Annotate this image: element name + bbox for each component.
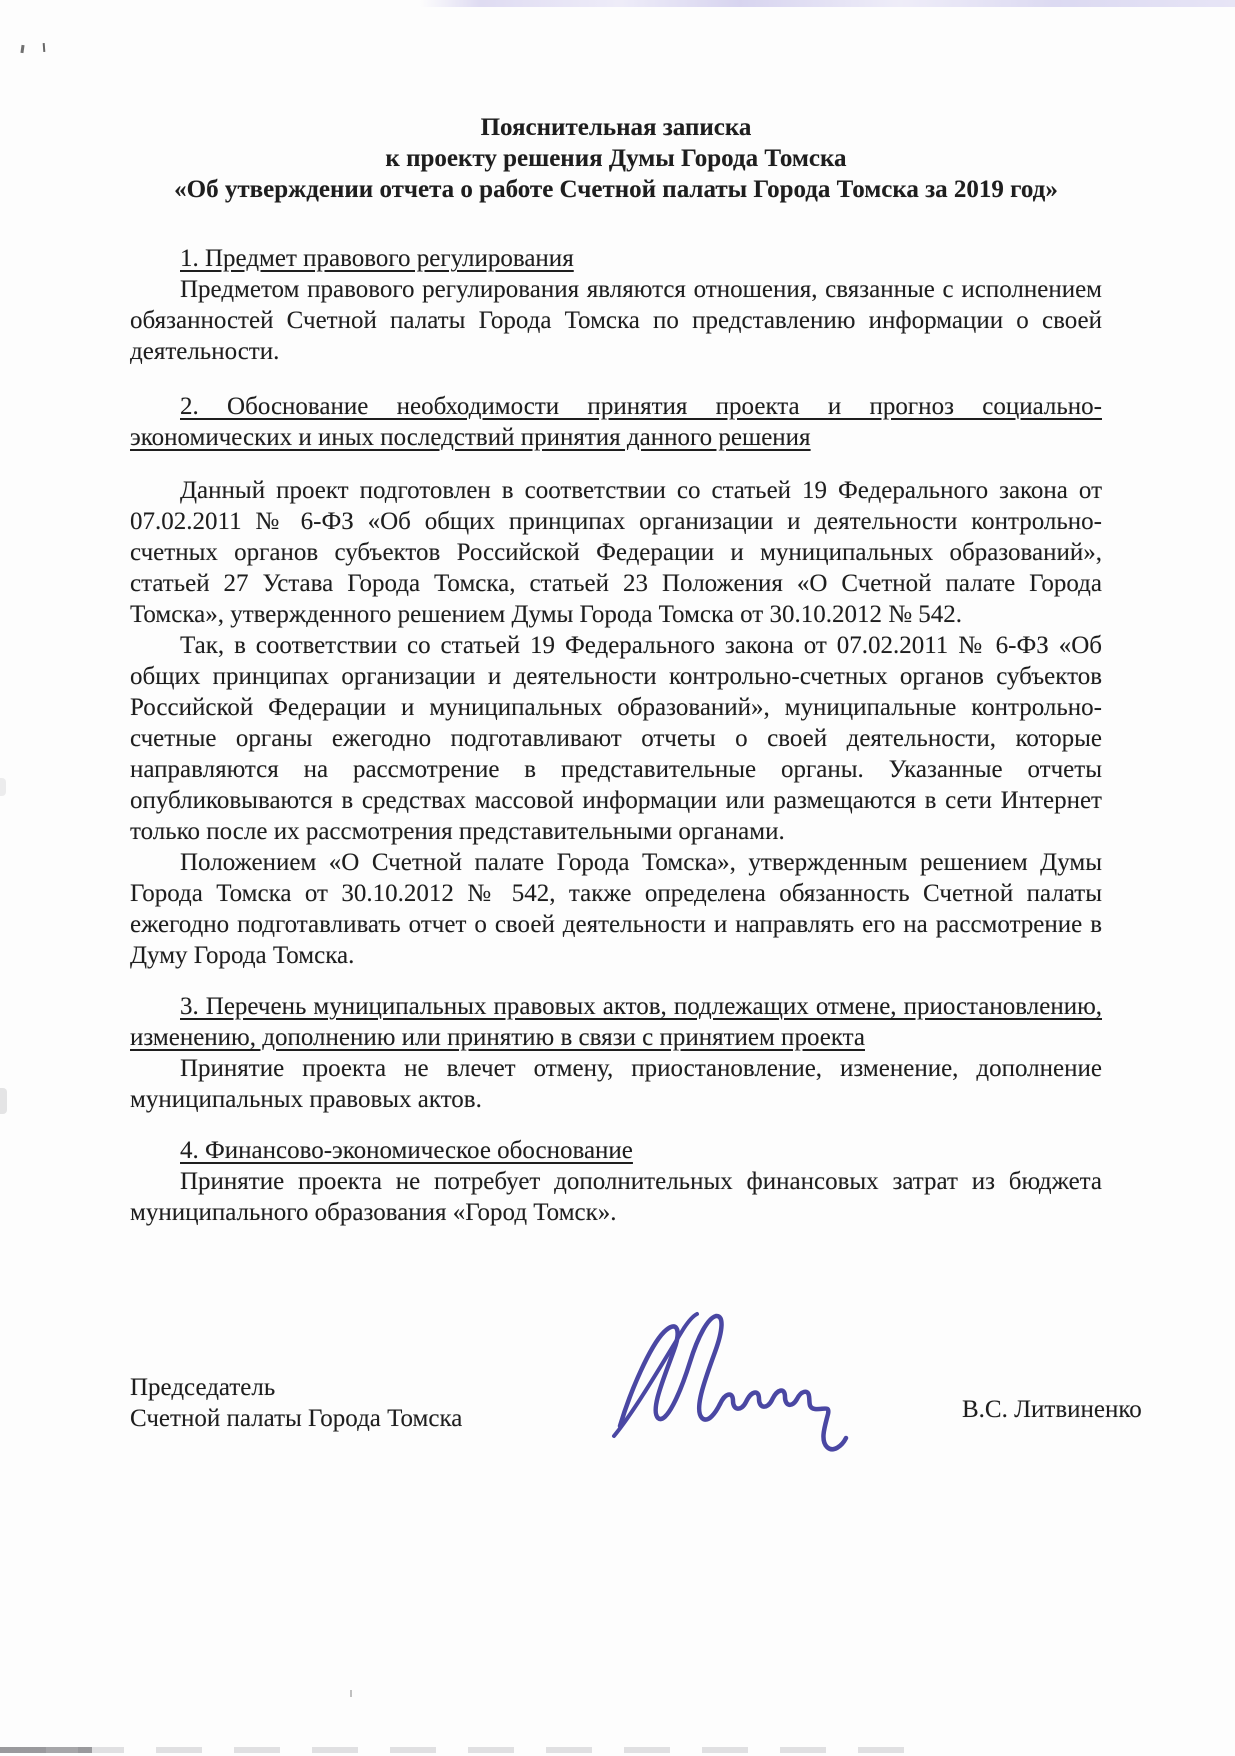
title-line-3: «Об утверждении отчета о работе Счетной … [130,174,1102,205]
scan-artifact-speck [20,45,24,53]
section-1-heading: 1. Предмет правового регулирования [130,243,1102,274]
scan-artifact-speck [43,43,46,52]
section-1-paragraph: Предметом правового регулирования являют… [130,274,1102,367]
section-2-heading-line-2: экономических и иных последствий приняти… [130,422,1102,453]
scan-artifact-bottom-dashes [0,1747,905,1753]
section-3-paragraph: Принятие проекта не влечет отмену, приос… [130,1053,1102,1115]
signature-stroke-scribble [720,1391,846,1450]
section-2-paragraph-2: Так, в соответствии со статьей 19 Федера… [130,630,1102,847]
scan-artifact-smudge [0,1088,7,1114]
signatory-position-line-1: Председатель [130,1372,462,1403]
section-2-paragraph-3: Положением «О Счетной палате Города Томс… [130,847,1102,971]
section-3-heading-line-2: изменению, дополнению или принятию в свя… [130,1022,1102,1053]
title-line-2: к проекту решения Думы Города Томска [130,143,1102,174]
section-3-heading: 3. Перечень муниципальных правовых актов… [130,991,1102,1053]
signatory-name: В.С. Литвиненко [962,1394,1142,1425]
section-2-heading-line-1: 2. Обоснование необходимости принятия пр… [130,391,1102,422]
section-2-paragraphs: Данный проект подготовлен в соответствии… [130,475,1102,971]
scan-artifact-smudge [0,778,6,796]
section-4-heading: 4. Финансово-экономическое обоснование [130,1135,1102,1166]
signatory-position-line-2: Счетной палаты Города Томска [130,1403,462,1434]
signatory-position: Председатель Счетной палаты Города Томск… [130,1372,462,1434]
section-4-paragraph: Принятие проекта не потребует дополнител… [130,1166,1102,1228]
document-page: Пояснительная записка к проекту решения … [0,0,1235,1756]
scan-artifact-speck [350,1690,352,1697]
section-2-paragraph-1: Данный проект подготовлен в соответствии… [130,475,1102,630]
document-title: Пояснительная записка к проекту решения … [130,112,1102,205]
section-3-heading-line-1: 3. Перечень муниципальных правовых актов… [130,991,1102,1022]
section-2-heading: 2. Обоснование необходимости принятия пр… [130,391,1102,453]
document-body: Пояснительная записка к проекту решения … [130,0,1102,1228]
signature-ink [600,1308,850,1473]
title-line-1: Пояснительная записка [130,112,1102,143]
